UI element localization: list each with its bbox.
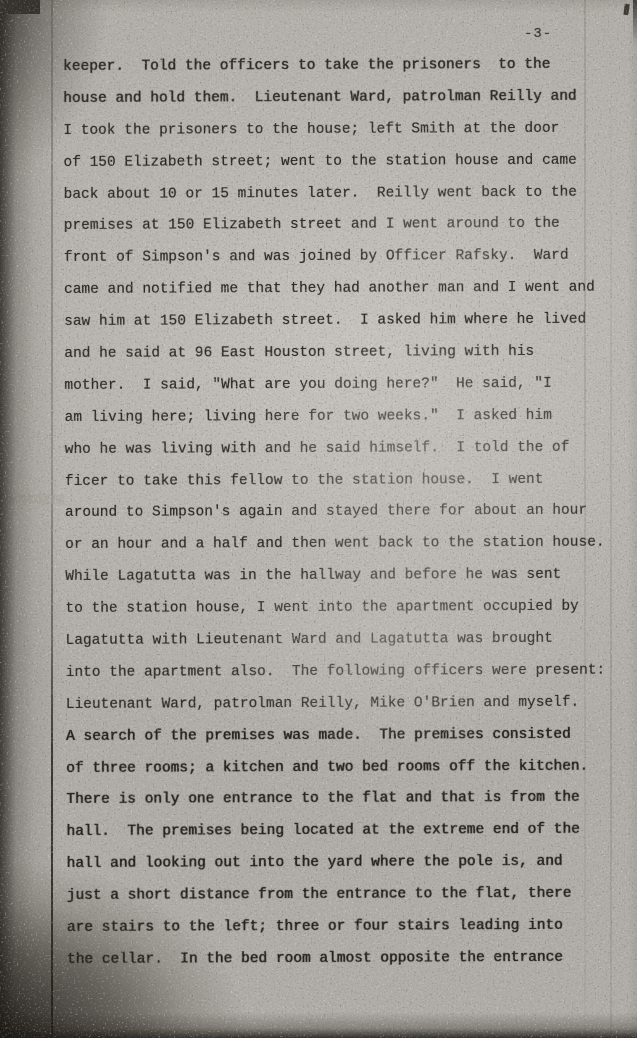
vertical-fold-line-right-1: [584, 0, 586, 1038]
text-line: saw him at 150 Elizabeth street. I asked…: [64, 305, 604, 339]
faded-ink-wash: [250, 330, 610, 590]
faded-ink-wash: [230, 540, 560, 740]
typewritten-text-block: keeper. Told the officers to take the pr…: [63, 50, 607, 977]
text-line: There is only one entrance to the flat a…: [66, 783, 606, 817]
text-line: front of Simpson's and was joined by Off…: [64, 241, 604, 275]
text-line: back about 10 or 15 minutes later. Reill…: [64, 177, 604, 211]
bottom-edge-scan-shadow: [0, 1012, 637, 1038]
text-line: ficer to take this fellow to the station…: [65, 464, 605, 498]
faded-ink-wash: [330, 170, 590, 310]
scan-noise-overlay: [0, 0, 637, 1038]
text-line: Lagatutta with Lieutenant Ward and Lagat…: [66, 624, 606, 658]
text-line: of 150 Elizabeth street; went to the sta…: [63, 145, 603, 179]
text-line: hall and looking out into the yard where…: [66, 847, 606, 881]
text-line: just a short distance from the entrance …: [67, 879, 607, 913]
text-line: and he said at 96 East Houston street, l…: [64, 337, 604, 371]
text-line: into the apartment also. The following o…: [66, 656, 606, 690]
text-line: are stairs to the left; three or four st…: [67, 911, 607, 945]
text-line: who he was living with and he said himse…: [65, 432, 605, 466]
text-line: the cellar. In the bed room almost oppos…: [67, 943, 607, 977]
text-line: am living here; living here for two week…: [65, 400, 605, 434]
text-line: mother. I said, "What are you doing here…: [64, 369, 604, 403]
text-line: Lieutenant Ward, patrolman Reilly, Mike …: [66, 687, 606, 721]
text-line: of three rooms; a kitchen and two bed ro…: [66, 751, 606, 785]
text-line: house and hold them. Lieutenant Ward, pa…: [63, 82, 603, 116]
text-line: premises at 150 Elizabeth street and I w…: [64, 209, 604, 243]
text-line: came and notified me that they had anoth…: [64, 273, 604, 307]
top-left-corner-shadow: [0, 0, 150, 240]
vertical-fold-line-right-2: [610, 0, 612, 1038]
right-edge-scan-shadow: [627, 0, 637, 1038]
top-right-edge-sliver: [633, 0, 637, 46]
top-edge-scan-shadow: [0, 0, 637, 12]
text-line: around to Simpson's again and stayed the…: [65, 496, 605, 530]
text-line: to the station house, I went into the ap…: [65, 592, 605, 626]
text-line: keeper. Told the officers to take the pr…: [63, 50, 603, 84]
text-line: or an hour and a half and then went back…: [65, 528, 605, 562]
top-left-dark-notch: [0, 0, 40, 14]
vertical-fold-line-left: [51, 0, 53, 1038]
text-line: I took the prisoners to the house; left …: [63, 113, 603, 147]
scanned-document-page: -3- keeper. Told the officers to take th…: [0, 0, 637, 1038]
text-line: hall. The premises being located at the …: [66, 815, 606, 849]
left-edge-scan-shadow: [0, 0, 62, 1038]
page-number: -3-: [524, 26, 552, 42]
top-right-ink-mark: [623, 4, 629, 16]
bottom-left-corner-shadow: [0, 808, 320, 1038]
horizontal-crease-band: [0, 494, 64, 504]
text-line: While Lagatutta was in the hallway and b…: [65, 560, 605, 594]
text-line: A search of the premises was made. The p…: [66, 719, 606, 753]
